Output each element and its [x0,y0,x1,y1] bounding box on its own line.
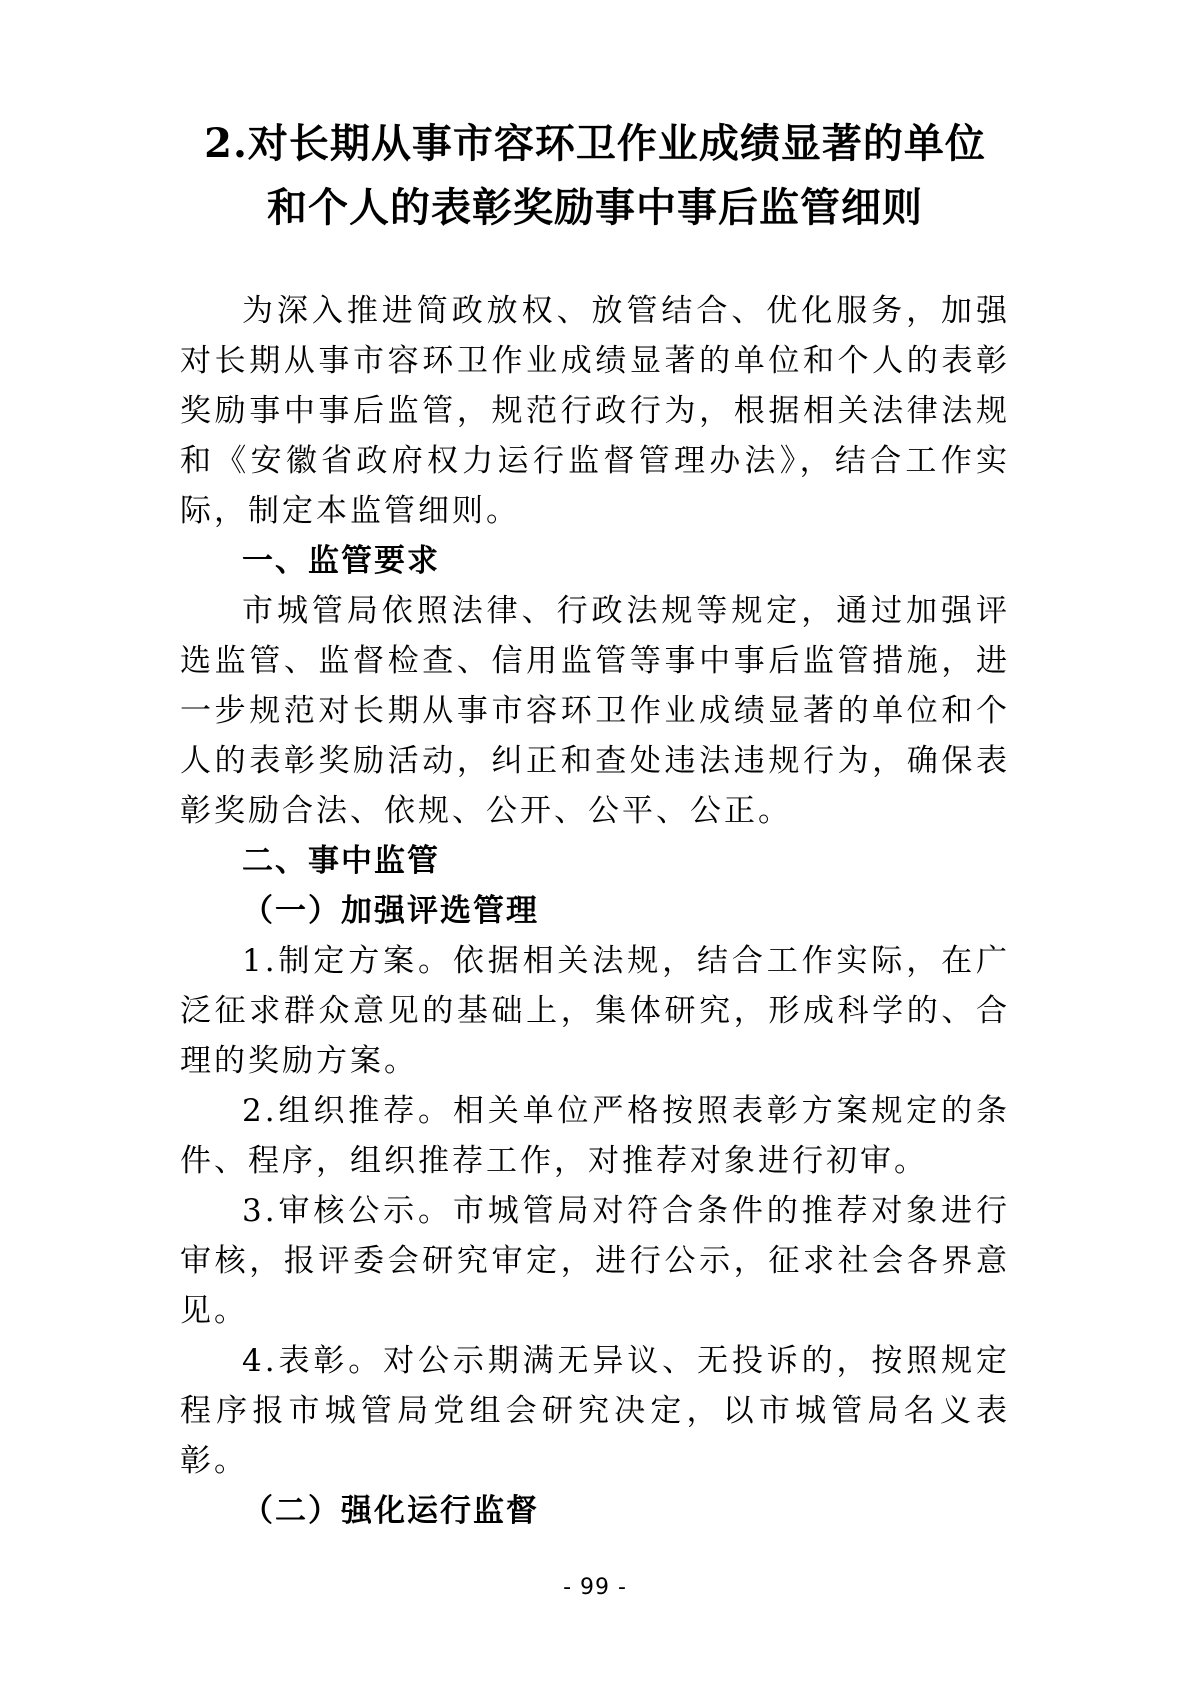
document-content: 2.对长期从事市容环卫作业成绩显著的单位 和个人的表彰奖励事中事后监管细则 为深… [180,0,1010,1536]
intro-paragraph: 为深入推进简政放权、放管结合、优化服务，加强对长期从事市容环卫作业成绩显著的单位… [180,286,1010,536]
section-2-sub-1-heading: （一）加强评选管理 [180,886,1010,936]
item-2-paragraph: 2.组织推荐。相关单位严格按照表彰方案规定的条件、程序，组织推荐工作，对推荐对象… [180,1086,1010,1186]
item-1-paragraph: 1.制定方案。依据相关法规，结合工作实际，在广泛征求群众意见的基础上，集体研究，… [180,936,1010,1086]
section-2-sub-2-heading: （二）强化运行监督 [180,1486,1010,1536]
document-title-line-1: 2.对长期从事市容环卫作业成绩显著的单位 [180,112,1010,176]
document-title-line-2: 和个人的表彰奖励事中事后监管细则 [180,176,1010,240]
section-1-heading: 一、监管要求 [180,536,1010,586]
item-4-paragraph: 4.表彰。对公示期满无异议、无投诉的，按照规定程序报市城管局党组会研究决定，以市… [180,1336,1010,1486]
item-3-paragraph: 3.审核公示。市城管局对符合条件的推荐对象进行审核，报评委会研究审定，进行公示，… [180,1186,1010,1336]
section-1-paragraph: 市城管局依照法律、行政法规等规定，通过加强评选监管、监督检查、信用监管等事中事后… [180,586,1010,836]
page-number: - 99 - [0,1575,1190,1601]
document-page: 2.对长期从事市容环卫作业成绩显著的单位 和个人的表彰奖励事中事后监管细则 为深… [0,0,1190,1683]
document-title: 2.对长期从事市容环卫作业成绩显著的单位 和个人的表彰奖励事中事后监管细则 [180,0,1010,240]
section-2-heading: 二、事中监管 [180,836,1010,886]
